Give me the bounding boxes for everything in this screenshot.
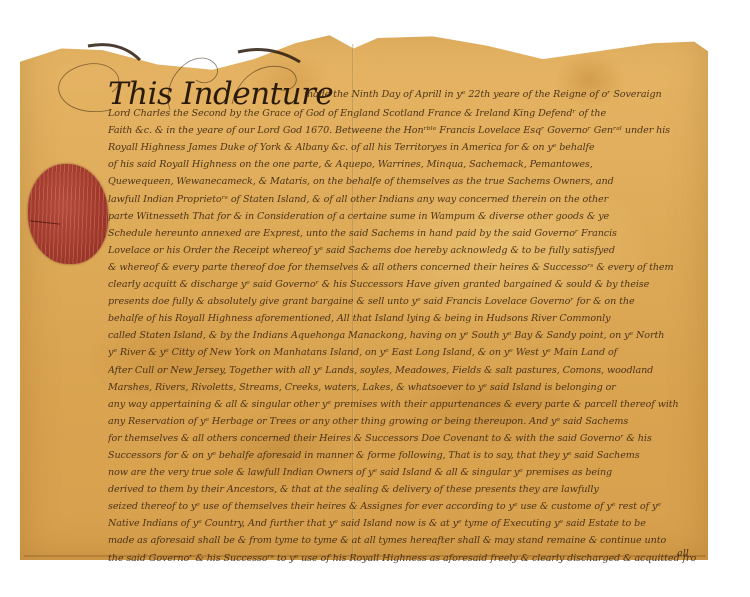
text-line: clearly acquitt & discharge yᵉ said Gove… [108,276,704,293]
text-line: derived to them by their Ancestors, & th… [108,481,704,498]
text-line: Quewequeen, Wewanecameck, & Mataris, on … [108,173,704,190]
catchword: all [677,548,689,559]
text-line: Lovelace or his Order the Receipt whereo… [108,242,704,259]
text-line: for themselves & all others concerned th… [108,430,704,447]
text-line: any Reservation of yᵉ Herbage or Trees o… [108,413,704,430]
red-wax-seal [28,164,108,264]
text-line: seized thereof to yᵉ use of themselves t… [108,498,704,515]
text-line: of his said Royall Highness on the one p… [108,156,704,173]
text-line: the said Governoʳ & his Successoʳˢ to yᵉ… [108,550,704,567]
text-line: made as aforesaid shall be & from tyme t… [108,532,704,549]
text-line: Faith &c. & in the yeare of our Lord God… [108,122,704,139]
text-line: Successors for & on yᵉ behalfe aforesaid… [108,447,704,464]
text-line: any way appertaining & all & singular ot… [108,396,704,413]
text-line: Lord Charles the Second by the Grace of … [108,105,704,122]
text-line: behalfe of his Royall Highness aforement… [108,310,704,327]
text-line: presents doe fully & absolutely give gra… [108,293,704,310]
text-line: made the Ninth Day of Aprill in yᵉ 22th … [108,86,704,103]
text-line: called Staten Island, & by the Indians A… [108,327,704,344]
text-line: Royall Highness James Duke of York & Alb… [108,139,704,156]
text-line: After Cull or New Jersey, Together with … [108,362,704,379]
text-line: Schedule hereunto annexed are Exprest, u… [108,225,704,242]
text-line: now are the very true sole & lawfull Ind… [108,464,704,481]
text-line: parte Witnesseth That for & in Considera… [108,208,704,225]
text-line: Native Indians of yᵉ Country, And furthe… [108,515,704,532]
text-line: & whereof & every parte thereof doe for … [108,259,704,276]
document-body: made the Ninth Day of Aprill in yᵉ 22th … [108,106,704,567]
text-line: yᵉ River & yᵉ Citty of New York on Manha… [108,344,704,361]
text-line: lawfull Indian Proprietoʳˢ of Staten Isl… [108,191,704,208]
text-line: Marshes, Rivers, Rivoletts, Streams, Cre… [108,379,704,396]
